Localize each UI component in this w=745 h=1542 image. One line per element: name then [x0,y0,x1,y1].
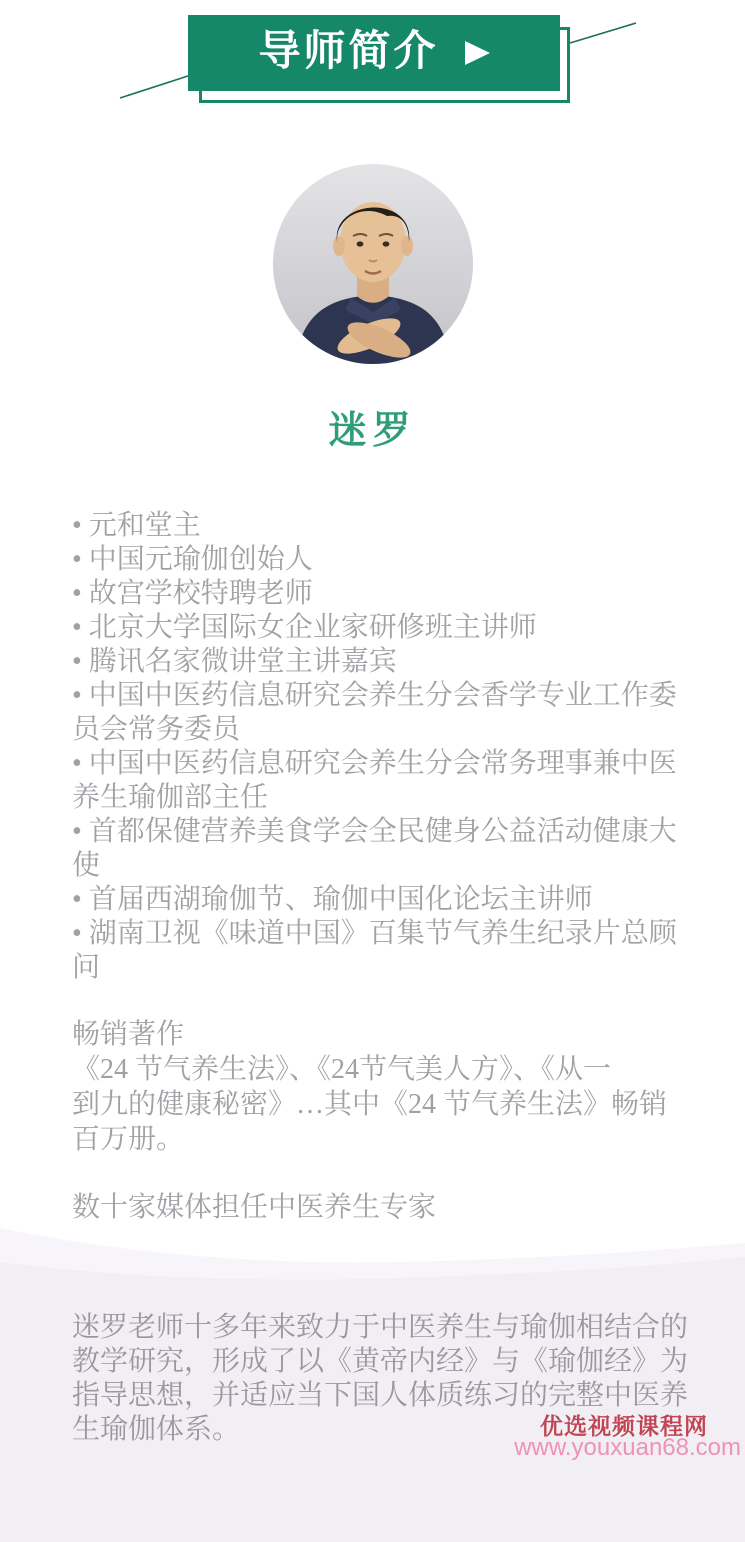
section-banner: 导师简介 [188,15,560,91]
instructor-name: 迷罗 [0,399,745,454]
portrait-illustration [273,164,473,364]
eye-right [383,241,390,246]
watermark-site-url: www.youxuan68.com [514,1434,741,1462]
section-title: 导师简介 [258,31,438,73]
play-icon [465,41,490,65]
ear-right [401,236,413,256]
credentials-list: • 元和堂主 • 中国元瑜伽创始人 • 故宫学校特聘老师 • 北京大学国际女企业… [72,509,692,985]
eye-left [357,241,364,246]
decor-line-left [120,76,188,98]
books-paragraph: 畅销著作 《24 节气养生法》、《24节气美人方》、《从一 到九的健康秘密》…其… [72,1017,692,1157]
ear-left [333,236,345,256]
instructor-photo [273,164,473,364]
decor-line-right [570,23,636,43]
